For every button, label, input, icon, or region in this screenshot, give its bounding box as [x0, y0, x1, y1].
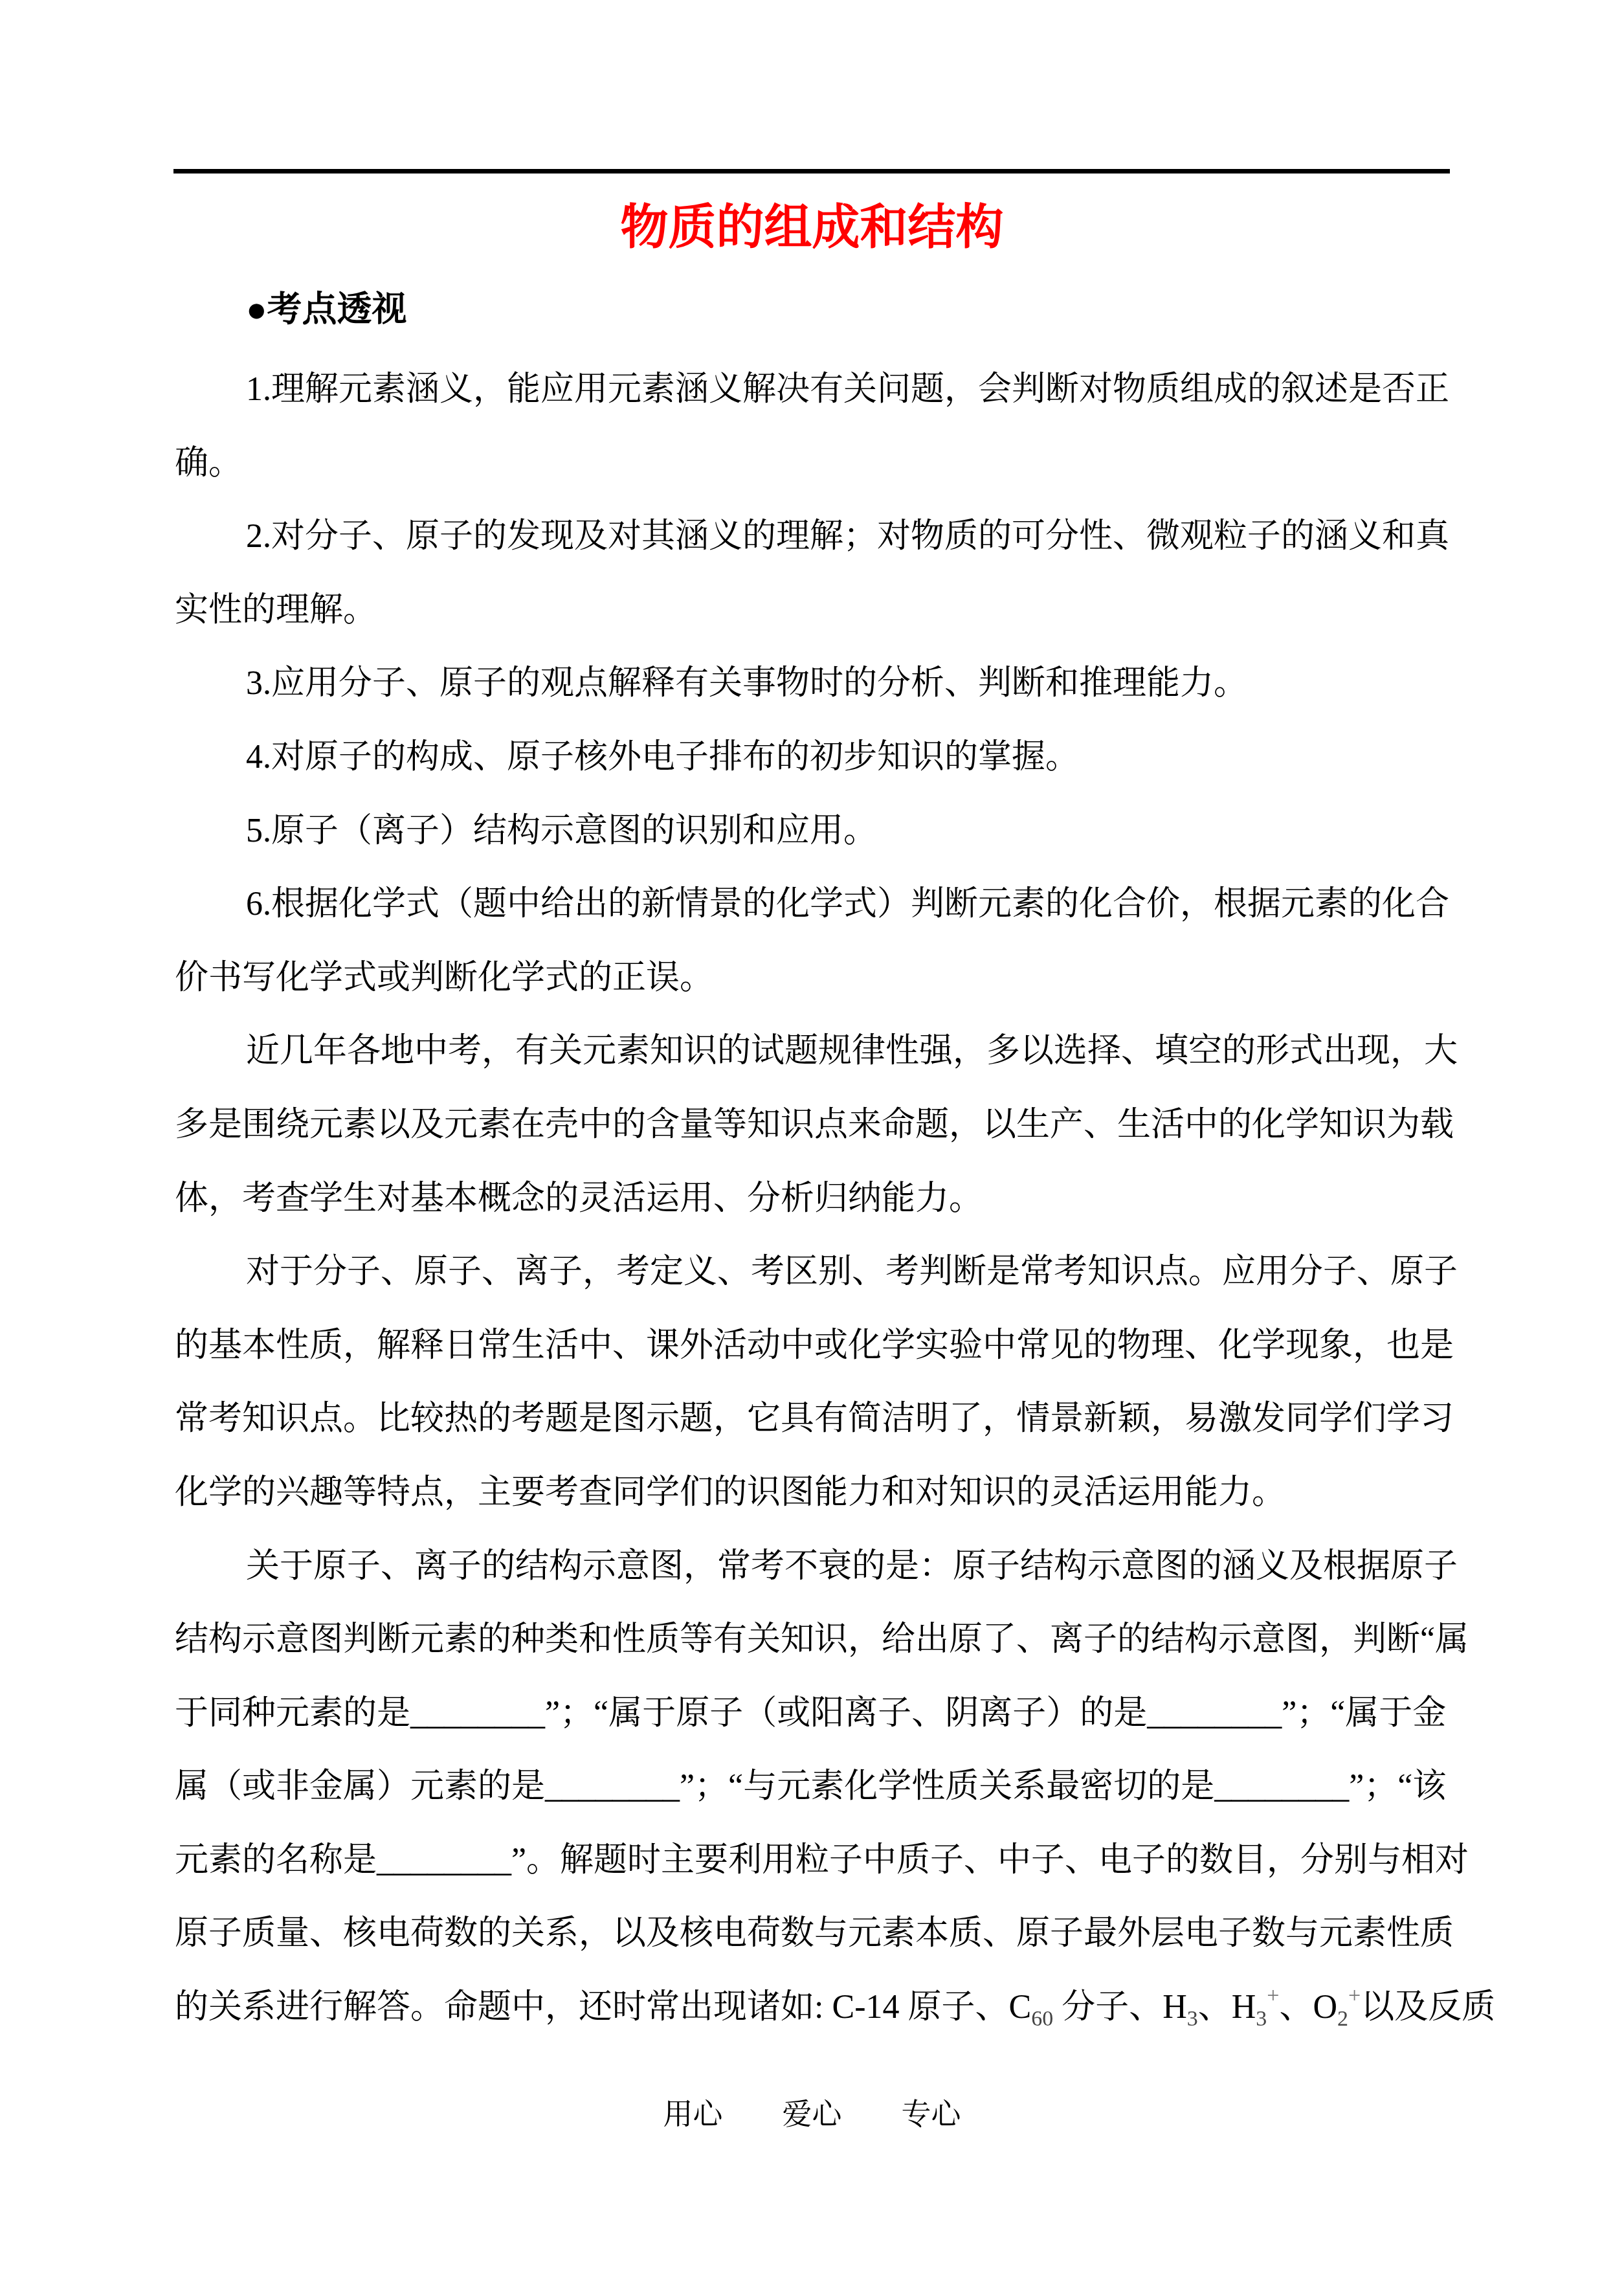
- formula-subscript: 3: [1187, 2007, 1198, 2031]
- text-line: 关于原子、离子的结构示意图，常考不衰的是：原子结构示意图的涵义及根据原子: [175, 1530, 1453, 1604]
- text-segment: 的关系进行解答。命题中，还时常出现诸如: C-14 原子、C: [175, 1989, 1031, 2026]
- text-line-with-blank: 结构示意图判断元素的种类和性质等有关知识，给出原了、离子的结构示意图，判断“属: [175, 1603, 1453, 1677]
- formula-subscript: 60: [1031, 2007, 1053, 2031]
- formula-superscript: +: [1348, 1984, 1361, 2008]
- page-footer: 用心 爱心 专心: [0, 2096, 1624, 2132]
- text-segment: 分子、H: [1053, 1989, 1187, 2026]
- formula-subscript: 2: [1337, 2007, 1348, 2031]
- formula-subscript: 3: [1256, 2007, 1267, 2031]
- text-line-formulas: 的关系进行解答。命题中，还时常出现诸如: C-14 原子、C60 分子、H3、H…: [175, 1971, 1453, 2044]
- text-line: 常考知识点。比较热的考题是图示题，它具有简洁明了，情景新颖，易激发同学们学习: [175, 1382, 1453, 1456]
- text-line: 3.应用分子、原子的观点解释有关事物时的分析、判断和推理能力。: [175, 647, 1453, 721]
- formula-superscript: +: [1267, 1984, 1279, 2008]
- header-divider-rule: [173, 169, 1450, 173]
- text-line: 5.原子（离子）结构示意图的识别和应用。: [175, 794, 1453, 868]
- text-line: 4.对原子的构成、原子核外电子排布的初步知识的掌握。: [175, 721, 1453, 794]
- text-line-with-blank: 属（或非金属）元素的是________”；“与元素化学性质关系最密切的是____…: [175, 1750, 1453, 1824]
- text-line: 确。: [175, 427, 1453, 500]
- page-title: 物质的组成和结构: [0, 202, 1624, 254]
- text-line: 对于分子、原子、离子，考定义、考区别、考判断是常考知识点。应用分子、原子: [175, 1235, 1453, 1309]
- text-line: 6.根据化学式（题中给出的新情景的化学式）判断元素的化合价，根据元素的化合: [175, 867, 1453, 941]
- text-line: 实性的理解。: [175, 574, 1453, 647]
- text-segment: 以及反质: [1361, 1989, 1495, 2026]
- text-line: 2.对分子、原子的发现及对其涵义的理解；对物质的可分性、微观粒子的涵义和真: [175, 500, 1453, 574]
- document-page: 物质的组成和结构 ●考点透视 1.理解元素涵义，能应用元素涵义解决有关问题，会判…: [0, 0, 1624, 2293]
- section-heading-exam-points: ●考点透视: [246, 284, 407, 335]
- text-line: 近几年各地中考，有关元素知识的试题规律性强，多以选择、填空的形式出现，大: [175, 1014, 1453, 1088]
- text-line: 的基本性质，解释日常生活中、课外活动中或化学实验中常见的物理、化学现象，也是: [175, 1309, 1453, 1383]
- text-line: 原子质量、核电荷数的关系，以及核电荷数与元素本质、原子最外层电子数与元素性质: [175, 1897, 1453, 1971]
- text-line: 价书写化学式或判断化学式的正误。: [175, 941, 1453, 1015]
- document-body: 1.理解元素涵义，能应用元素涵义解决有关问题，会判断对物质组成的叙述是否正 确。…: [175, 353, 1453, 2044]
- text-segment: 、H: [1198, 1989, 1256, 2026]
- text-line-with-blank: 于同种元素的是________”；“属于原子（或阳离子、阴离子）的是______…: [175, 1677, 1453, 1751]
- text-line: 体，考查学生对基本概念的灵活运用、分析归纳能力。: [175, 1162, 1453, 1236]
- text-line: 多是围绕元素以及元素在壳中的含量等知识点来命题，以生产、生活中的化学知识为载: [175, 1088, 1453, 1162]
- text-line-with-blank: 元素的名称是________”。解题时主要利用粒子中质子、中子、电子的数目，分别…: [175, 1824, 1453, 1897]
- text-line: 1.理解元素涵义，能应用元素涵义解决有关问题，会判断对物质组成的叙述是否正: [175, 353, 1453, 427]
- text-line: 化学的兴趣等特点，主要考查同学们的识图能力和对知识的灵活运用能力。: [175, 1456, 1453, 1530]
- text-segment: 、O: [1279, 1989, 1337, 2026]
